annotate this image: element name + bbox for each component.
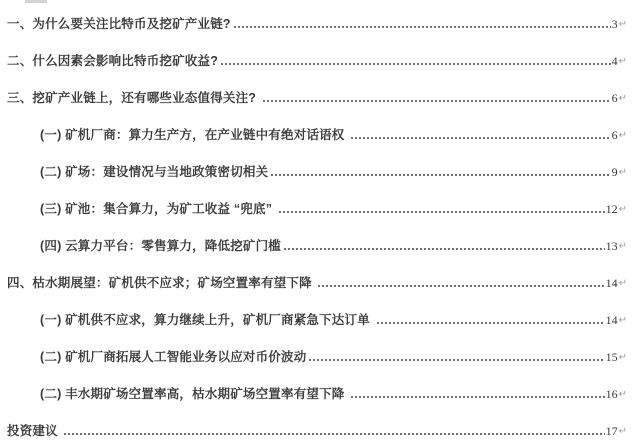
toc-entry-title: (三) 矿池：集合算力，为矿工收益 “兜底” [40, 203, 276, 216]
paragraph-return-mark: ↵ [619, 20, 627, 30]
toc-entry-title: 二、什么因素会影响比特币挖矿收益? [7, 55, 218, 68]
page-number: 12 [606, 203, 618, 215]
page-number: 15 [606, 351, 618, 363]
toc-entry-5[interactable]: (二) 矿场：建设情况与当地政策密切相关 9 ↵ [0, 152, 633, 189]
page-number: 16 [606, 388, 618, 400]
page-number: 17 [606, 425, 618, 437]
dotted-leader [220, 62, 611, 66]
paragraph-return-mark: ↵ [619, 205, 627, 215]
paragraph-return-mark: ↵ [619, 279, 627, 289]
dotted-leader [283, 247, 605, 251]
toc-entry-10[interactable]: (二) 矿机厂商拓展人工智能业务以应对币价波动 15 ↵ [0, 337, 633, 374]
page-number: 4 [612, 55, 618, 67]
toc-entry-2[interactable]: 二、什么因素会影响比特币挖矿收益? 4 ↵ [0, 41, 633, 78]
toc-entry-title: (四) 云算力平台：零售算力，降低挖矿门槛 [40, 240, 281, 253]
page-number: 6 [612, 129, 618, 141]
toc-entry-title: (二) 矿场：建设情况与当地政策密切相关 [40, 166, 268, 179]
page-number: 14 [606, 277, 618, 289]
toc-entry-7[interactable]: (四) 云算力平台：零售算力，降低挖矿门槛 13 ↵ [0, 226, 633, 263]
paragraph-return-mark: ↵ [619, 390, 627, 400]
toc-entry-title: (二) 矿机厂商拓展人工智能业务以应对币价波动 [40, 351, 306, 364]
toc-entry-12[interactable]: 投资建议 17 ↵ [0, 411, 633, 448]
paragraph-return-mark: ↵ [619, 316, 627, 326]
page-number: 6 [612, 92, 618, 104]
toc-entry-11[interactable]: (二) 丰水期矿场空置率高，枯水期矿场空置率有望下降 16 ↵ [0, 374, 633, 411]
toc-entry-title: 投资建议 [7, 425, 61, 438]
paragraph-return-mark: ↵ [619, 57, 627, 67]
page-number: 13 [606, 240, 618, 252]
dotted-leader [233, 25, 611, 29]
toc-entry-title: (二) 丰水期矿场空置率高，枯水期矿场空置率有望下降 [40, 388, 348, 401]
toc-entry-8[interactable]: 四、枯水期展望：矿机供不应求；矿场空置率有望下降 14 ↵ [0, 263, 633, 300]
paragraph-return-mark: ↵ [619, 353, 627, 363]
dotted-leader [350, 395, 604, 399]
dotted-leader [63, 432, 604, 436]
page-edge-artifact [25, 0, 47, 3]
page-number: 9 [612, 166, 618, 178]
dotted-leader [376, 321, 605, 325]
paragraph-return-mark: ↵ [619, 168, 627, 178]
table-of-contents: 一、为什么要关注比特币及挖矿产业链? 3 ↵ 二、什么因素会影响比特币挖矿收益?… [0, 4, 633, 448]
paragraph-return-mark: ↵ [619, 131, 627, 141]
toc-entry-1[interactable]: 一、为什么要关注比特币及挖矿产业链? 3 ↵ [0, 4, 633, 41]
dotted-leader [308, 358, 604, 362]
paragraph-return-mark: ↵ [619, 427, 627, 437]
toc-entry-6[interactable]: (三) 矿池：集合算力，为矿工收益 “兜底” 12 ↵ [0, 189, 633, 226]
page-number: 14 [606, 314, 618, 326]
toc-entry-title: 三、挖矿产业链上，还有哪些业态值得关注? [7, 92, 260, 105]
toc-entry-title: (一) 矿机厂商：算力生产方，在产业链中有绝对话语权 [40, 129, 348, 142]
dotted-leader [350, 136, 610, 140]
toc-entry-title: 四、枯水期展望：矿机供不应求；矿场空置率有望下降 [7, 277, 315, 290]
paragraph-return-mark: ↵ [619, 94, 627, 104]
toc-entry-9[interactable]: (一) 矿机供不应求，算力继续上升，矿机厂商紧急下达订单 14 ↵ [0, 300, 633, 337]
dotted-leader [270, 173, 610, 177]
toc-entry-title: (一) 矿机供不应求，算力继续上升，矿机厂商紧急下达订单 [40, 314, 374, 327]
toc-entry-4[interactable]: (一) 矿机厂商：算力生产方，在产业链中有绝对话语权 6 ↵ [0, 115, 633, 152]
dotted-leader [278, 210, 605, 214]
toc-entry-title: 一、为什么要关注比特币及挖矿产业链? [7, 18, 231, 31]
toc-entry-3[interactable]: 三、挖矿产业链上，还有哪些业态值得关注? 6 ↵ [0, 78, 633, 115]
dotted-leader [262, 99, 611, 103]
dotted-leader [317, 284, 604, 288]
page-number: 3 [612, 18, 618, 30]
paragraph-return-mark: ↵ [619, 242, 627, 252]
